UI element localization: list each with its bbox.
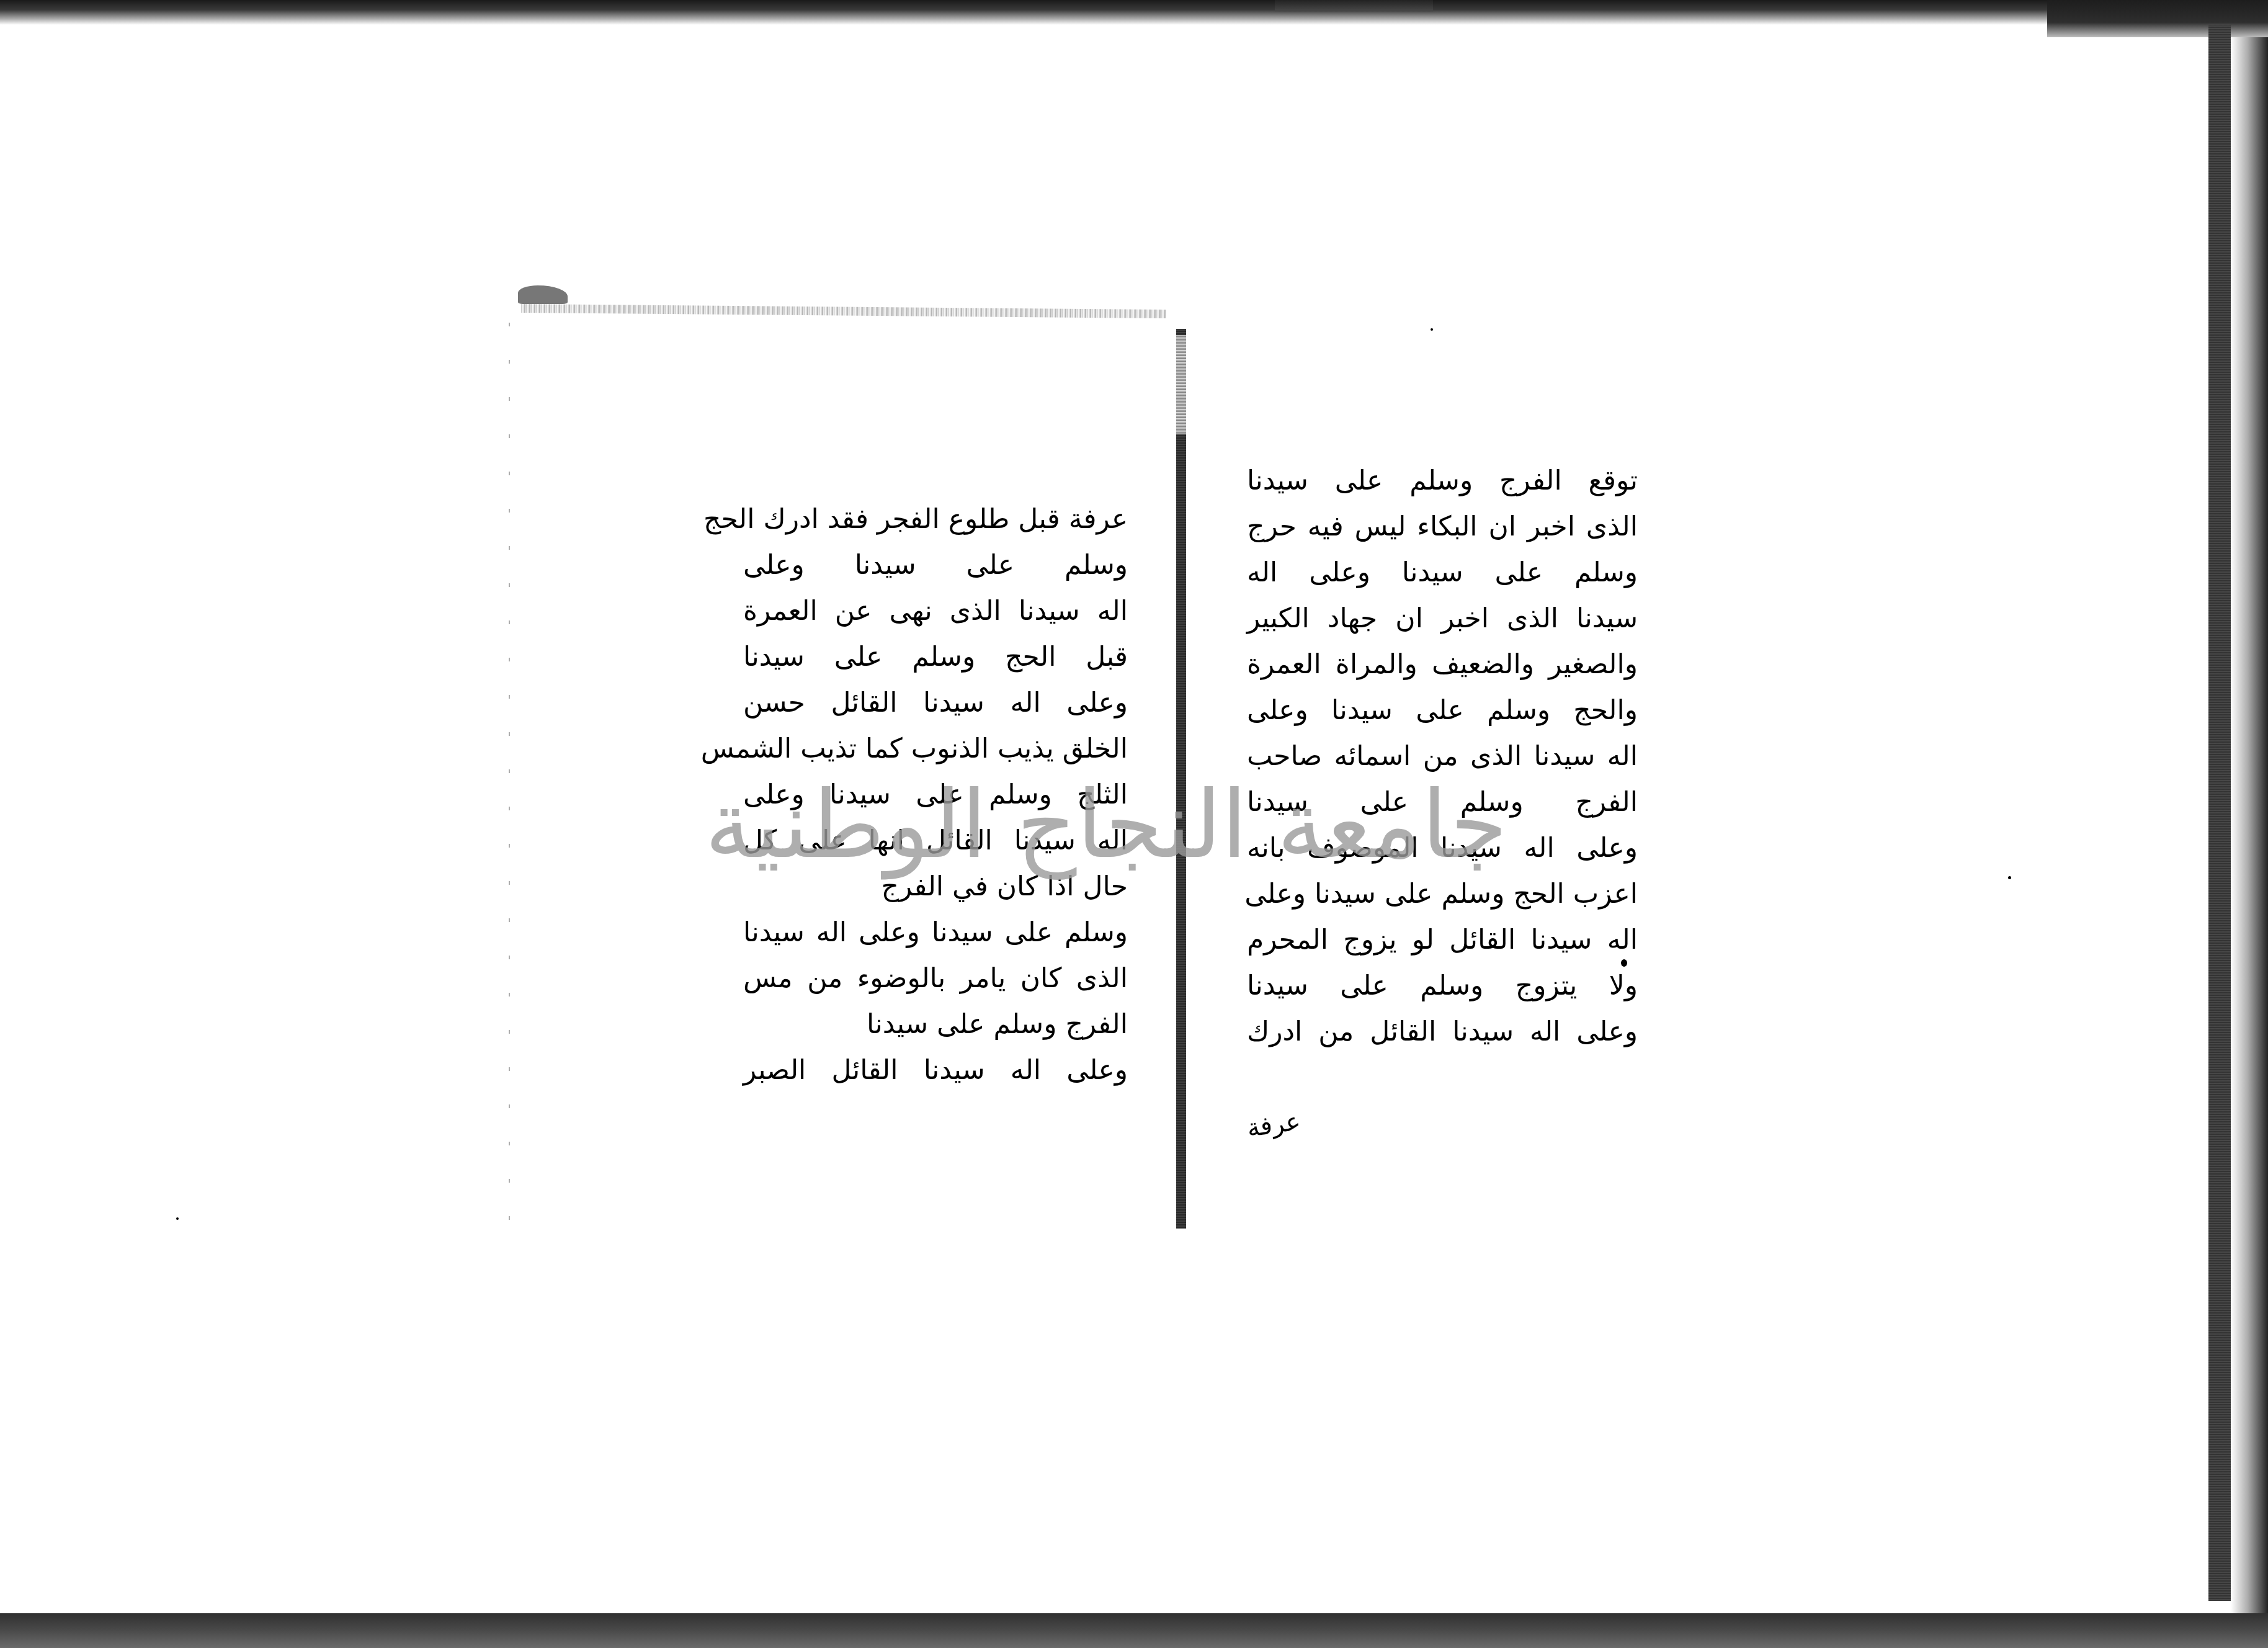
- manuscript-line: والحج وسلم على سيدنا وعلى: [1247, 687, 1638, 733]
- manuscript-line: وسلم على سيدنا وعلى اله: [1247, 550, 1638, 596]
- page-corner-damage: [518, 285, 568, 304]
- manuscript-line: وعلى اله سيدنا القائل الصبر: [743, 1047, 1128, 1093]
- left-page-top-edge: [521, 304, 1166, 318]
- ink-speck: [2008, 876, 2011, 879]
- manuscript-line: الخلق يذيب الذنوب كما تذيب الشمس: [743, 726, 1128, 772]
- manuscript-line: اله سيدنا القائل لو يزوج المحرم: [1247, 917, 1638, 963]
- manuscript-line: عرفة قبل طلوع الفجر فقد ادرك الحج: [743, 496, 1128, 542]
- manuscript-line: حال اذا كان في الفرج: [743, 864, 1128, 910]
- catchword: عرفة: [1245, 1107, 1302, 1143]
- book-spine-gutter: [1176, 329, 1186, 1229]
- scan-border-top-gap: [1275, 0, 1433, 12]
- manuscript-line: الفرج وسلم على سيدنا: [1247, 779, 1638, 825]
- ink-speck: [1431, 328, 1433, 331]
- manuscript-line: ولا يتزوج وسلم على سيدنا: [1247, 963, 1638, 1009]
- scan-border-right: [2208, 25, 2231, 1601]
- manuscript-line: اله سيدنا الذى نهى عن العمرة: [743, 588, 1128, 634]
- manuscript-line: اله سيدنا الذى من اسمائه صاحب: [1247, 733, 1638, 779]
- scan-border-top: [0, 0, 2268, 25]
- manuscript-line: قبل الحج وسلم على سيدنا: [743, 634, 1128, 680]
- scan-border-top-right: [2047, 0, 2268, 37]
- manuscript-line: الذى اخبر ان البكاء ليس فيه حرج: [1247, 504, 1638, 550]
- left-page-outer-edge: [509, 323, 510, 1222]
- manuscript-line: الذى كان يامر بالوضوء من مس: [743, 956, 1128, 1001]
- left-page-text: عرفة قبل طلوع الفجر فقد ادرك الحج وسلم ع…: [743, 496, 1128, 1093]
- right-page-text: توقع الفرج وسلم على سيدنا الذى اخبر ان ا…: [1247, 458, 1638, 1055]
- manuscript-line: الفرج وسلم على سيدنا: [743, 1001, 1128, 1047]
- manuscript-line: والصغير والضعيف والمراة العمرة: [1247, 642, 1638, 687]
- manuscript-line: وسلم على سيدنا وعلى: [743, 542, 1128, 588]
- scan-border-bottom: [0, 1613, 2268, 1648]
- ink-speck: [176, 1217, 179, 1220]
- scan-shadow-right: [2231, 37, 2268, 1648]
- ink-speck: [1621, 959, 1627, 967]
- manuscript-line: وعلى اله سيدنا الموصوف بانه: [1247, 825, 1638, 871]
- manuscript-line: اله سيدنا القائل انها على كل: [743, 818, 1128, 864]
- manuscript-line: سيدنا الذى اخبر ان جهاد الكبير: [1247, 596, 1638, 642]
- book-spine-highlight: [1176, 335, 1186, 434]
- manuscript-line: الثلج وسلم على سيدنا وعلى: [743, 772, 1128, 818]
- manuscript-line: توقع الفرج وسلم على سيدنا: [1247, 458, 1638, 504]
- manuscript-line: وعلى اله سيدنا القائل حسن: [743, 680, 1128, 726]
- manuscript-line: وسلم على سيدنا وعلى اله سيدنا: [743, 910, 1128, 956]
- manuscript-line: وعلى اله سيدنا القائل من ادرك: [1247, 1009, 1638, 1055]
- manuscript-line: اعزب الحج وسلم على سيدنا وعلى: [1247, 871, 1638, 917]
